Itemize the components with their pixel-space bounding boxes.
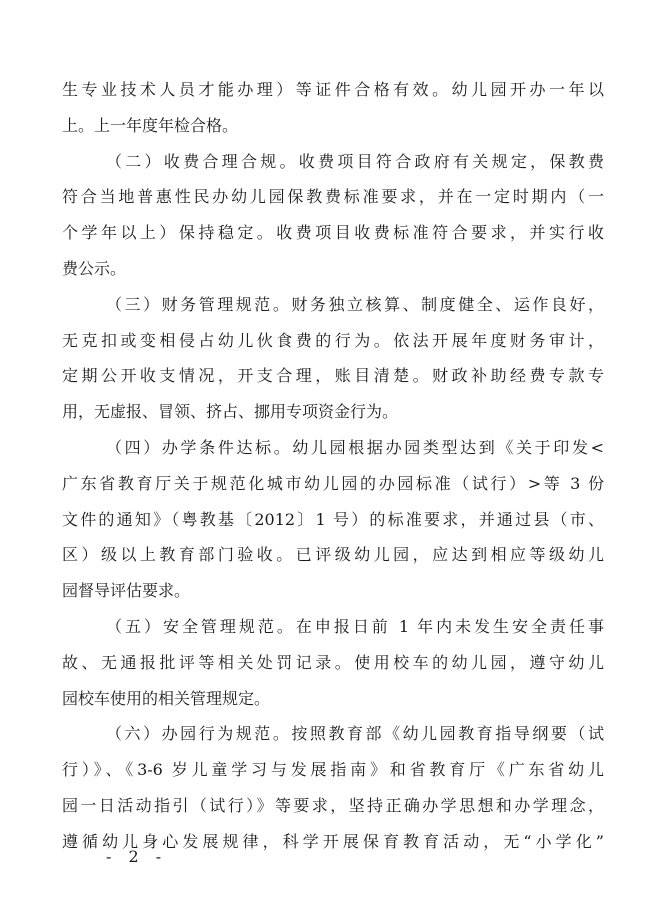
text-line: 园督导评估要求。 (62, 573, 604, 609)
text-line: 无克扣或变相侵占幼儿伙食费的行为。依法开展年度财务审计， (62, 323, 604, 359)
document-page: 生专业技术人员才能办理）等证件合格有效。幼儿园开办一年以 上。上一年度年检合格。… (0, 0, 668, 898)
text-line: 上。上一年度年检合格。 (62, 108, 604, 144)
text-line: 生专业技术人员才能办理）等证件合格有效。幼儿园开办一年以 (62, 72, 604, 108)
text-line: 故、无通报批评等相关处罚记录。使用校车的幼儿园，遵守幼儿 (62, 645, 604, 681)
text-line: 园校车使用的相关管理规定。 (62, 681, 604, 717)
section-heading-line: （六）办园行为规范。按照教育部《幼儿园教育指导纲要（试 (62, 716, 604, 752)
text-line: 个学年以上）保持稳定。收费项目收费标准符合要求，并实行收 (62, 215, 604, 251)
text-line: 广东省教育厅关于规范化城市幼儿园的办园标准（试行）>等 3 份 (62, 466, 604, 502)
text-line: 用，无虚报、冒领、挤占、挪用专项资金行为。 (62, 394, 604, 430)
text-line: 符合当地普惠性民办幼儿园保教费标准要求，并在一定时期内（一 (62, 179, 604, 215)
text-line: 园一日活动指引（试行）》等要求，坚持正确办学思想和办学理念， (62, 788, 604, 824)
text-line: 定期公开收支情况，开支合理，账目清楚。财政补助经费专款专 (62, 358, 604, 394)
section-heading-line: （三）财务管理规范。财务独立核算、制度健全、运作良好， (62, 287, 604, 323)
text-line: 区）级以上教育部门验收。已评级幼儿园，应达到相应等级幼儿 (62, 537, 604, 573)
section-heading-line: （二）收费合理合规。收费项目符合政府有关规定，保教费 (62, 144, 604, 180)
section-heading-line: （五）安全管理规范。在申报日前 1 年内未发生安全责任事 (62, 609, 604, 645)
document-body: 生专业技术人员才能办理）等证件合格有效。幼儿园开办一年以 上。上一年度年检合格。… (62, 72, 604, 860)
page-number: - 2 - (106, 846, 167, 868)
text-line: 文件的通知》（粤教基〔2012〕1 号）的标准要求，并通过县（市、 (62, 502, 604, 538)
text-line: 行）》、《3-6 岁儿童学习与发展指南》和省教育厅《广东省幼儿 (62, 752, 604, 788)
section-heading-line: （四）办学条件达标。幼儿园根据办园类型达到《关于印发< (62, 430, 604, 466)
text-line: 费公示。 (62, 251, 604, 287)
